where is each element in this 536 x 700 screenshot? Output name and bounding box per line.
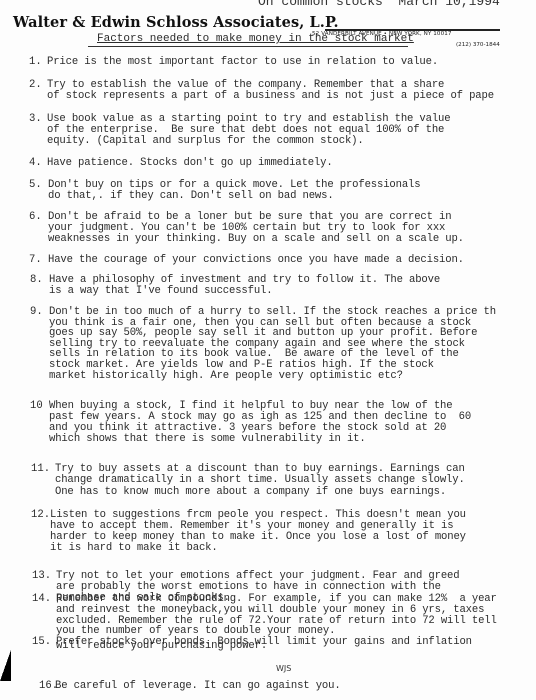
subtitle-underline: [88, 46, 408, 47]
item-number: 3.: [29, 114, 42, 125]
item-text-line: weaknesses in your thinking. Buy on a sc…: [48, 234, 464, 245]
item-number: 11.: [31, 464, 50, 475]
scan-corner-mark: [0, 650, 11, 681]
item-number: 6.: [29, 212, 42, 223]
item-text-line: equity. (Capital and surplus for the com…: [47, 136, 364, 147]
item-number: 10: [30, 401, 43, 412]
item-text-line: is a way that I've found successful.: [49, 286, 272, 297]
item-number: 2.: [29, 80, 42, 91]
item-text-line: change dramatically in a short time. Usu…: [55, 475, 465, 486]
item-text-line: will reduce your purchasing power.: [56, 641, 267, 652]
item-number: 9.: [30, 307, 43, 318]
item-text-line: which shows that there is some vulnerabi…: [49, 434, 366, 445]
item-number: 14.: [32, 594, 51, 605]
item-number: 7.: [29, 255, 42, 266]
item-text-line: Price is the most important factor to us…: [47, 57, 438, 68]
item-number: 13.: [32, 571, 51, 582]
document-subtitle: Factors needed to make money in the stoc…: [97, 33, 414, 45]
firm-name: Walter & Edwin Schloss Associates, L.P.: [13, 14, 339, 31]
item-number: 4.: [29, 158, 42, 169]
item-text-line: Have the courage of your convictions onc…: [48, 255, 464, 266]
item-text-line: market historically high. Are people ver…: [49, 371, 403, 382]
item-number: 12.: [31, 510, 50, 521]
item-text-line: Be careful of leverage. It can go agains…: [55, 681, 341, 692]
top-note: On common stocks March 10,1994: [258, 0, 500, 9]
firm-phone: (212) 370-1844: [456, 42, 500, 48]
item-text-line: it is hard to make it back.: [50, 543, 218, 554]
item-text-line: Have patience. Stocks don't go up immedi…: [47, 158, 333, 169]
item-number: 15.: [32, 637, 51, 648]
item-text-line: of stock represents a part of a business…: [47, 91, 494, 102]
signature-initials: WJS: [276, 664, 291, 673]
letter-page: On common stocks March 10,1994 Walter & …: [0, 0, 536, 700]
item-text-line: One has to know much more about a compan…: [55, 487, 446, 498]
item-number: 1.: [29, 57, 42, 68]
item-number: 8.: [30, 275, 43, 286]
item-text-line: do that,. if they can. Don't sell on bad…: [48, 191, 334, 202]
item-number: 5.: [29, 180, 42, 191]
